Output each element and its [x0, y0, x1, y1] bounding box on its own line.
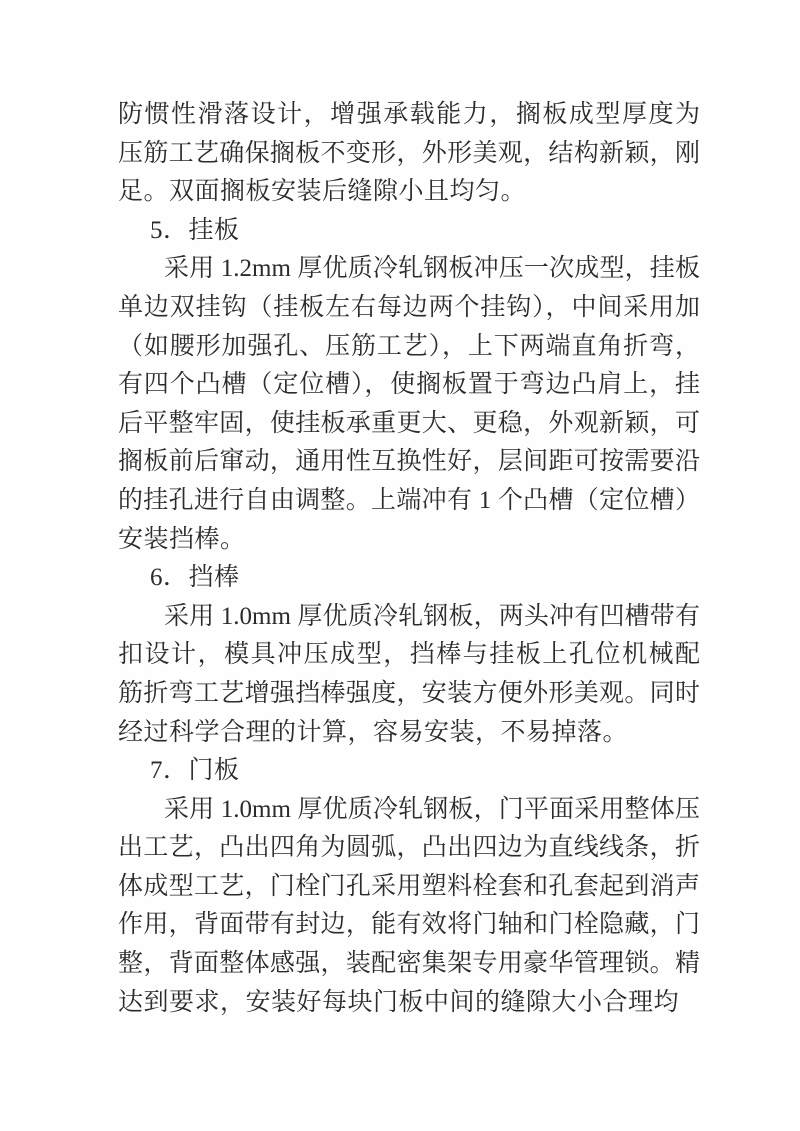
text-line: 的挂孔进行自由调整。上端冲有 1 个凸槽（定位槽）用于 — [118, 482, 700, 521]
text-block: 防惯性滑落设计，增强承载能力，搁板成型厚度为 23mm，压筋工艺确保搁板不变形，… — [118, 96, 700, 1022]
document-page: 防惯性滑落设计，增强承载能力，搁板成型厚度为 23mm，压筋工艺确保搁板不变形，… — [0, 0, 800, 1131]
text-line: 有四个凸槽（定位槽），使搁板置于弯边凸肩上，挂板组装 — [118, 366, 700, 405]
text-line: 采用 1.0mm 厚优质冷轧钢板，门平面采用整体压印凸 — [118, 791, 700, 830]
text-line: 作用，背面带有封边，能有效将门轴和门栓隐藏，门面平 — [118, 906, 700, 945]
text-line: 整，背面整体感强，装配密集架专用豪华管理锁。精度须 — [118, 945, 700, 984]
section-heading: 7．门板 — [118, 752, 700, 791]
text-line: 压筋工艺确保搁板不变形，外形美观，结构新颖，刚性 — [118, 135, 700, 174]
text-line: 防惯性滑落设计，增强承载能力，搁板成型厚度为 23mm， — [118, 96, 700, 135]
text-line: 扣设计，模具冲压成型，挡棒与挂板上孔位机械配合，压 — [118, 636, 700, 675]
text-line: 筋折弯工艺增强挡棒强度，安装方便外形美观。同时长度 — [118, 675, 700, 714]
text-line: 出工艺，凸出四角为圆弧，凸出四边为直线线条，折弯一 — [118, 829, 700, 868]
text-line: 单边双挂钩（挂板左右每边两个挂钩），中间采用加强设计 — [118, 289, 700, 328]
text-line: 采用 1.0mm 厚优质冷轧钢板，两头冲有凹槽带有防滑 — [118, 598, 700, 637]
section-heading: 5．挂板 — [118, 212, 700, 251]
text-line: 搁板前后窜动，通用性互换性好，层间距可按需要沿立柱 — [118, 443, 700, 482]
text-line: 达到要求，安装好每块门板中间的缝隙大小合理均匀。 — [118, 984, 700, 1023]
text-line: 经过科学合理的计算，容易安装，不易掉落。 — [118, 714, 700, 753]
section-heading: 6．挡棒 — [118, 559, 700, 598]
text-line: 后平整牢固，使挂板承重更大、更稳，外观新颖，可防止 — [118, 405, 700, 444]
text-line: 体成型工艺，门栓门孔采用塑料栓套和孔套起到消声防护 — [118, 868, 700, 907]
text-line: （如腰形加强孔、压筋工艺），上下两端直角折弯，下端冲 — [118, 328, 700, 367]
text-line: 采用 1.2mm 厚优质冷轧钢板冲压一次成型，挂板采用 — [118, 250, 700, 289]
text-line: 安装挡棒。 — [118, 521, 700, 560]
text-line: 足。双面搁板安装后缝隙小且均匀。 — [118, 173, 700, 212]
